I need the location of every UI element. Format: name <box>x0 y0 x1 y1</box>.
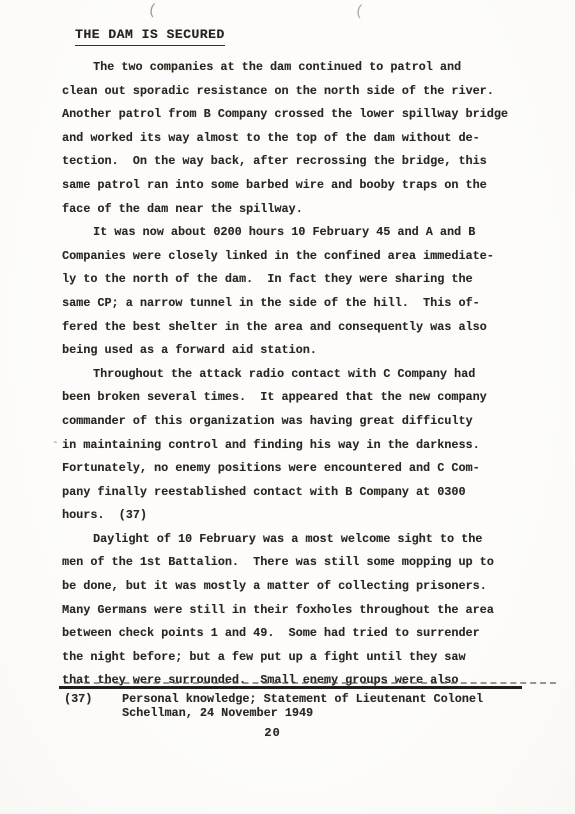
scan-artifact-paren-right: ( <box>354 2 365 20</box>
paragraph-4: Daylight of 10 February was a most welco… <box>62 528 532 693</box>
paragraph-3: Throughout the attack radio contact with… <box>62 363 532 528</box>
page-number: 20 <box>0 726 545 740</box>
footnote: (37) Personal knowledge; Statement of Li… <box>64 692 534 720</box>
footnote-marker: (37) <box>64 692 122 720</box>
body-text: The two companies at the dam continued t… <box>62 56 532 693</box>
section-heading: THE DAM IS SECURED <box>75 27 225 46</box>
document-page: ( ( - THE DAM IS SECURED The two compani… <box>0 0 575 814</box>
paragraph-2: It was now about 0200 hours 10 February … <box>62 221 532 363</box>
footnote-text: Personal knowledge; Statement of Lieuten… <box>122 692 483 720</box>
scan-artifact-edge-dash: - <box>52 437 59 449</box>
scan-artifact-paren-left: ( <box>147 1 158 19</box>
footnote-divider-dashes <box>64 682 556 684</box>
footnote-divider <box>59 686 522 689</box>
paragraph-1: The two companies at the dam continued t… <box>62 56 532 221</box>
